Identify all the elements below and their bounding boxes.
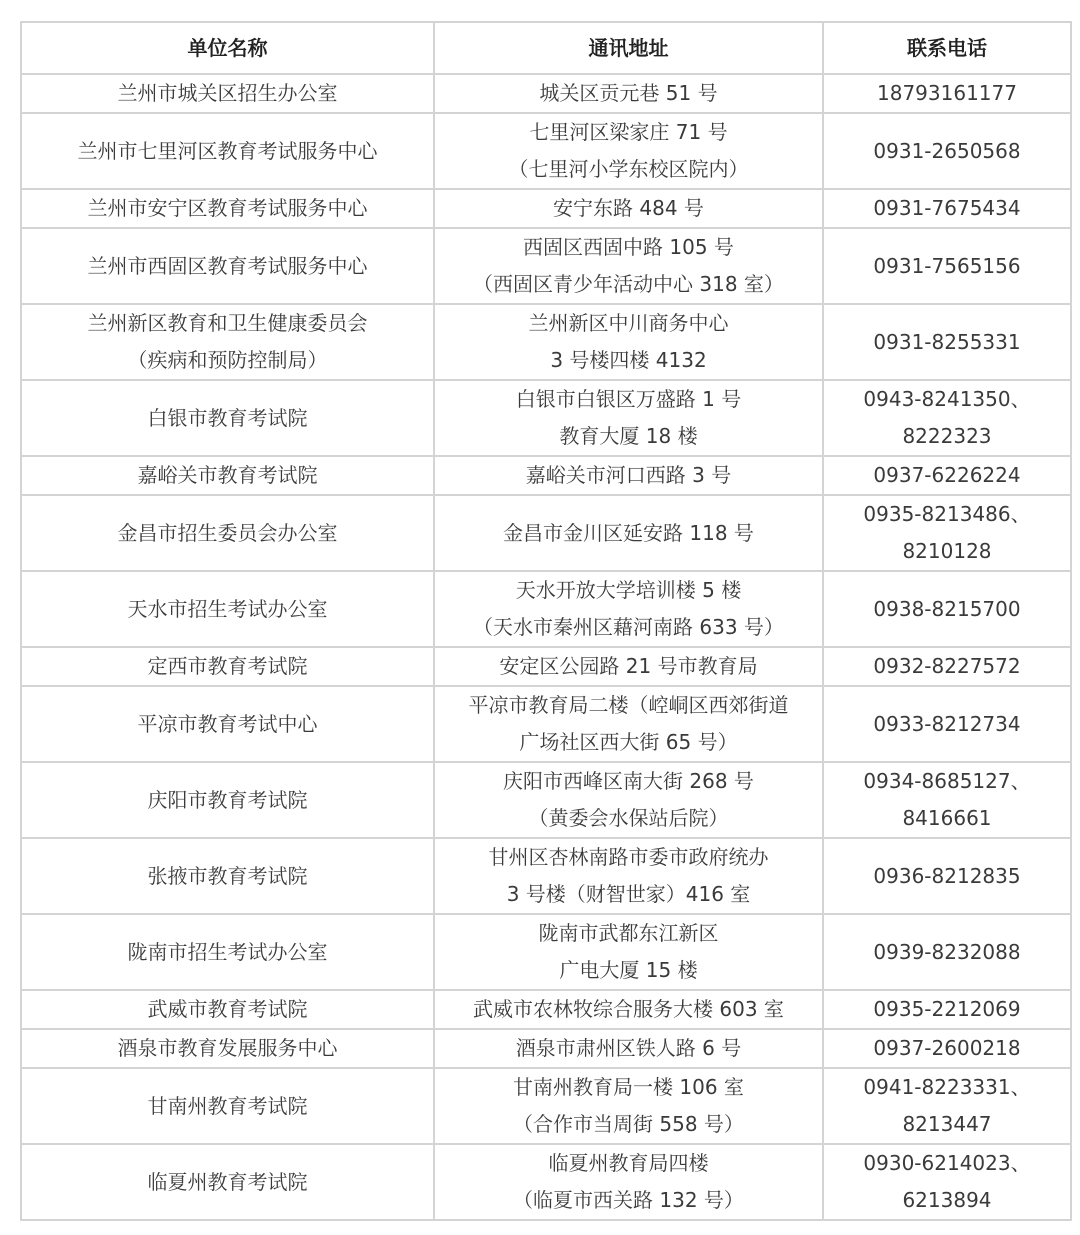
phone-line: 0933-8212734 — [828, 706, 1066, 743]
header-address: 通讯地址 — [434, 22, 823, 74]
address-cell: 平凉市教育局二楼（崆峒区西郊街道广场社区西大街 65 号） — [434, 686, 823, 762]
contact-table-container: 单位名称 通讯地址 联系电话 兰州市城关区招生办公室城关区贡元巷 51 号187… — [20, 21, 1070, 1221]
phone-line: 0931-7565156 — [828, 248, 1066, 285]
address-line: 广电大厦 15 楼 — [439, 952, 818, 989]
phone-cell: 18793161177 — [823, 74, 1071, 113]
address-line: 白银市白银区万盛路 1 号 — [439, 381, 818, 418]
phone-line: 0939-8232088 — [828, 934, 1066, 971]
unit-name-line: 兰州市七里河区教育考试服务中心 — [26, 133, 429, 170]
phone-cell: 0931-7675434 — [823, 189, 1071, 228]
address-line: 临夏州教育局四楼 — [439, 1145, 818, 1182]
address-cell: 甘州区杏林南路市委市政府统办3 号楼（财智世家）416 室 — [434, 838, 823, 914]
unit-name-line: （疾病和预防控制局） — [26, 342, 429, 379]
phone-cell: 0932-8227572 — [823, 647, 1071, 686]
table-row: 甘南州教育考试院甘南州教育局一楼 106 室（合作市当周街 558 号）0941… — [21, 1068, 1071, 1144]
unit-name-cell: 白银市教育考试院 — [21, 380, 434, 456]
address-cell: 白银市白银区万盛路 1 号教育大厦 18 楼 — [434, 380, 823, 456]
phone-cell: 0937-2600218 — [823, 1029, 1071, 1068]
address-line: 教育大厦 18 楼 — [439, 418, 818, 455]
phone-cell: 0936-8212835 — [823, 838, 1071, 914]
unit-name-line: 临夏州教育考试院 — [26, 1164, 429, 1201]
address-cell: 金昌市金川区延安路 118 号 — [434, 495, 823, 571]
address-cell: 安宁东路 484 号 — [434, 189, 823, 228]
phone-line: 0937-6226224 — [828, 457, 1066, 494]
table-body: 兰州市城关区招生办公室城关区贡元巷 51 号18793161177兰州市七里河区… — [21, 74, 1071, 1220]
unit-name-line: 兰州市西固区教育考试服务中心 — [26, 248, 429, 285]
unit-name-line: 甘南州教育考试院 — [26, 1088, 429, 1125]
phone-line: 18793161177 — [828, 75, 1066, 112]
address-cell: 甘南州教育局一楼 106 室（合作市当周街 558 号） — [434, 1068, 823, 1144]
unit-name-line: 陇南市招生考试办公室 — [26, 934, 429, 971]
address-line: 金昌市金川区延安路 118 号 — [439, 515, 818, 552]
phone-cell: 0933-8212734 — [823, 686, 1071, 762]
phone-cell: 0939-8232088 — [823, 914, 1071, 990]
address-line: 陇南市武都东江新区 — [439, 915, 818, 952]
unit-name-cell: 陇南市招生考试办公室 — [21, 914, 434, 990]
table-row: 兰州市西固区教育考试服务中心西固区西固中路 105 号（西固区青少年活动中心 3… — [21, 228, 1071, 304]
table-row: 酒泉市教育发展服务中心酒泉市肃州区铁人路 6 号0937-2600218 — [21, 1029, 1071, 1068]
phone-line: 0934-8685127、 — [828, 763, 1066, 800]
table-row: 嘉峪关市教育考试院嘉峪关市河口西路 3 号0937-6226224 — [21, 456, 1071, 495]
phone-cell: 0930-6214023、6213894 — [823, 1144, 1071, 1220]
header-phone: 联系电话 — [823, 22, 1071, 74]
address-line: （西固区青少年活动中心 318 室） — [439, 266, 818, 303]
unit-name-cell: 兰州市七里河区教育考试服务中心 — [21, 113, 434, 189]
phone-line: 0941-8223331、 — [828, 1069, 1066, 1106]
unit-name-cell: 武威市教育考试院 — [21, 990, 434, 1029]
address-line: 甘南州教育局一楼 106 室 — [439, 1069, 818, 1106]
table-row: 兰州市安宁区教育考试服务中心安宁东路 484 号0931-7675434 — [21, 189, 1071, 228]
contact-table: 单位名称 通讯地址 联系电话 兰州市城关区招生办公室城关区贡元巷 51 号187… — [20, 21, 1072, 1221]
unit-name-cell: 张掖市教育考试院 — [21, 838, 434, 914]
phone-line: 0931-7675434 — [828, 190, 1066, 227]
table-row: 临夏州教育考试院临夏州教育局四楼（临夏市西关路 132 号）0930-62140… — [21, 1144, 1071, 1220]
header-unit-name: 单位名称 — [21, 22, 434, 74]
address-line: （合作市当周街 558 号） — [439, 1106, 818, 1143]
phone-cell: 0943-8241350、8222323 — [823, 380, 1071, 456]
table-row: 武威市教育考试院武威市农林牧综合服务大楼 603 室0935-2212069 — [21, 990, 1071, 1029]
unit-name-line: 兰州市城关区招生办公室 — [26, 75, 429, 112]
table-row: 庆阳市教育考试院庆阳市西峰区南大街 268 号（黄委会水保站后院）0934-86… — [21, 762, 1071, 838]
unit-name-cell: 金昌市招生委员会办公室 — [21, 495, 434, 571]
unit-name-line: 张掖市教育考试院 — [26, 858, 429, 895]
unit-name-cell: 兰州新区教育和卫生健康委员会（疾病和预防控制局） — [21, 304, 434, 380]
table-row: 兰州新区教育和卫生健康委员会（疾病和预防控制局）兰州新区中川商务中心3 号楼四楼… — [21, 304, 1071, 380]
phone-cell: 0931-2650568 — [823, 113, 1071, 189]
phone-cell: 0931-8255331 — [823, 304, 1071, 380]
address-cell: 陇南市武都东江新区广电大厦 15 楼 — [434, 914, 823, 990]
phone-cell: 0935-2212069 — [823, 990, 1071, 1029]
address-cell: 临夏州教育局四楼（临夏市西关路 132 号） — [434, 1144, 823, 1220]
phone-line: 8416661 — [828, 800, 1066, 837]
address-line: 七里河区梁家庄 71 号 — [439, 114, 818, 151]
address-line: 平凉市教育局二楼（崆峒区西郊街道 — [439, 687, 818, 724]
address-line: 城关区贡元巷 51 号 — [439, 75, 818, 112]
phone-line: 0935-2212069 — [828, 991, 1066, 1028]
address-line: 安定区公园路 21 号市教育局 — [439, 648, 818, 685]
phone-line: 6213894 — [828, 1182, 1066, 1219]
unit-name-line: 兰州市安宁区教育考试服务中心 — [26, 190, 429, 227]
phone-line: 8222323 — [828, 418, 1066, 455]
address-line: （天水市秦州区藉河南路 633 号） — [439, 609, 818, 646]
address-line: 天水开放大学培训楼 5 楼 — [439, 572, 818, 609]
phone-cell: 0937-6226224 — [823, 456, 1071, 495]
unit-name-cell: 临夏州教育考试院 — [21, 1144, 434, 1220]
unit-name-line: 白银市教育考试院 — [26, 400, 429, 437]
unit-name-cell: 嘉峪关市教育考试院 — [21, 456, 434, 495]
unit-name-line: 嘉峪关市教育考试院 — [26, 457, 429, 494]
address-line: 武威市农林牧综合服务大楼 603 室 — [439, 991, 818, 1028]
phone-cell: 0931-7565156 — [823, 228, 1071, 304]
unit-name-cell: 兰州市城关区招生办公室 — [21, 74, 434, 113]
unit-name-line: 金昌市招生委员会办公室 — [26, 515, 429, 552]
unit-name-cell: 天水市招生考试办公室 — [21, 571, 434, 647]
address-line: 西固区西固中路 105 号 — [439, 229, 818, 266]
unit-name-line: 天水市招生考试办公室 — [26, 591, 429, 628]
table-header-row: 单位名称 通讯地址 联系电话 — [21, 22, 1071, 74]
phone-line: 0931-2650568 — [828, 133, 1066, 170]
unit-name-cell: 平凉市教育考试中心 — [21, 686, 434, 762]
address-cell: 西固区西固中路 105 号（西固区青少年活动中心 318 室） — [434, 228, 823, 304]
table-row: 天水市招生考试办公室天水开放大学培训楼 5 楼（天水市秦州区藉河南路 633 号… — [21, 571, 1071, 647]
table-row: 白银市教育考试院白银市白银区万盛路 1 号教育大厦 18 楼0943-82413… — [21, 380, 1071, 456]
phone-line: 8210128 — [828, 533, 1066, 570]
phone-line: 8213447 — [828, 1106, 1066, 1143]
unit-name-line: 酒泉市教育发展服务中心 — [26, 1030, 429, 1067]
unit-name-cell: 酒泉市教育发展服务中心 — [21, 1029, 434, 1068]
address-cell: 武威市农林牧综合服务大楼 603 室 — [434, 990, 823, 1029]
address-cell: 安定区公园路 21 号市教育局 — [434, 647, 823, 686]
unit-name-cell: 定西市教育考试院 — [21, 647, 434, 686]
phone-cell: 0934-8685127、8416661 — [823, 762, 1071, 838]
unit-name-line: 武威市教育考试院 — [26, 991, 429, 1028]
unit-name-cell: 甘南州教育考试院 — [21, 1068, 434, 1144]
address-cell: 庆阳市西峰区南大街 268 号（黄委会水保站后院） — [434, 762, 823, 838]
phone-line: 0931-8255331 — [828, 324, 1066, 361]
address-line: 嘉峪关市河口西路 3 号 — [439, 457, 818, 494]
table-row: 兰州市七里河区教育考试服务中心七里河区梁家庄 71 号（七里河小学东校区院内）0… — [21, 113, 1071, 189]
phone-line: 0935-8213486、 — [828, 496, 1066, 533]
phone-line: 0932-8227572 — [828, 648, 1066, 685]
unit-name-line: 庆阳市教育考试院 — [26, 782, 429, 819]
table-row: 金昌市招生委员会办公室金昌市金川区延安路 118 号0935-8213486、8… — [21, 495, 1071, 571]
table-row: 定西市教育考试院安定区公园路 21 号市教育局0932-8227572 — [21, 647, 1071, 686]
unit-name-line: 平凉市教育考试中心 — [26, 706, 429, 743]
address-line: （临夏市西关路 132 号） — [439, 1182, 818, 1219]
table-row: 张掖市教育考试院甘州区杏林南路市委市政府统办3 号楼（财智世家）416 室093… — [21, 838, 1071, 914]
address-cell: 七里河区梁家庄 71 号（七里河小学东校区院内） — [434, 113, 823, 189]
address-line: 安宁东路 484 号 — [439, 190, 818, 227]
address-line: 3 号楼四楼 4132 — [439, 342, 818, 379]
unit-name-cell: 庆阳市教育考试院 — [21, 762, 434, 838]
phone-cell: 0935-8213486、8210128 — [823, 495, 1071, 571]
phone-line: 0930-6214023、 — [828, 1145, 1066, 1182]
address-line: 兰州新区中川商务中心 — [439, 305, 818, 342]
address-line: 庆阳市西峰区南大街 268 号 — [439, 763, 818, 800]
address-cell: 城关区贡元巷 51 号 — [434, 74, 823, 113]
table-row: 平凉市教育考试中心平凉市教育局二楼（崆峒区西郊街道广场社区西大街 65 号）09… — [21, 686, 1071, 762]
address-line: 3 号楼（财智世家）416 室 — [439, 876, 818, 913]
unit-name-cell: 兰州市西固区教育考试服务中心 — [21, 228, 434, 304]
unit-name-cell: 兰州市安宁区教育考试服务中心 — [21, 189, 434, 228]
address-line: （七里河小学东校区院内） — [439, 151, 818, 188]
address-cell: 酒泉市肃州区铁人路 6 号 — [434, 1029, 823, 1068]
address-cell: 天水开放大学培训楼 5 楼（天水市秦州区藉河南路 633 号） — [434, 571, 823, 647]
unit-name-line: 兰州新区教育和卫生健康委员会 — [26, 305, 429, 342]
address-line: 广场社区西大街 65 号） — [439, 724, 818, 761]
phone-cell: 0938-8215700 — [823, 571, 1071, 647]
unit-name-line: 定西市教育考试院 — [26, 648, 429, 685]
phone-cell: 0941-8223331、8213447 — [823, 1068, 1071, 1144]
address-line: （黄委会水保站后院） — [439, 800, 818, 837]
phone-line: 0936-8212835 — [828, 858, 1066, 895]
address-cell: 嘉峪关市河口西路 3 号 — [434, 456, 823, 495]
address-cell: 兰州新区中川商务中心3 号楼四楼 4132 — [434, 304, 823, 380]
address-line: 甘州区杏林南路市委市政府统办 — [439, 839, 818, 876]
phone-line: 0938-8215700 — [828, 591, 1066, 628]
table-row: 陇南市招生考试办公室陇南市武都东江新区广电大厦 15 楼0939-8232088 — [21, 914, 1071, 990]
phone-line: 0937-2600218 — [828, 1030, 1066, 1067]
phone-line: 0943-8241350、 — [828, 381, 1066, 418]
table-row: 兰州市城关区招生办公室城关区贡元巷 51 号18793161177 — [21, 74, 1071, 113]
address-line: 酒泉市肃州区铁人路 6 号 — [439, 1030, 818, 1067]
